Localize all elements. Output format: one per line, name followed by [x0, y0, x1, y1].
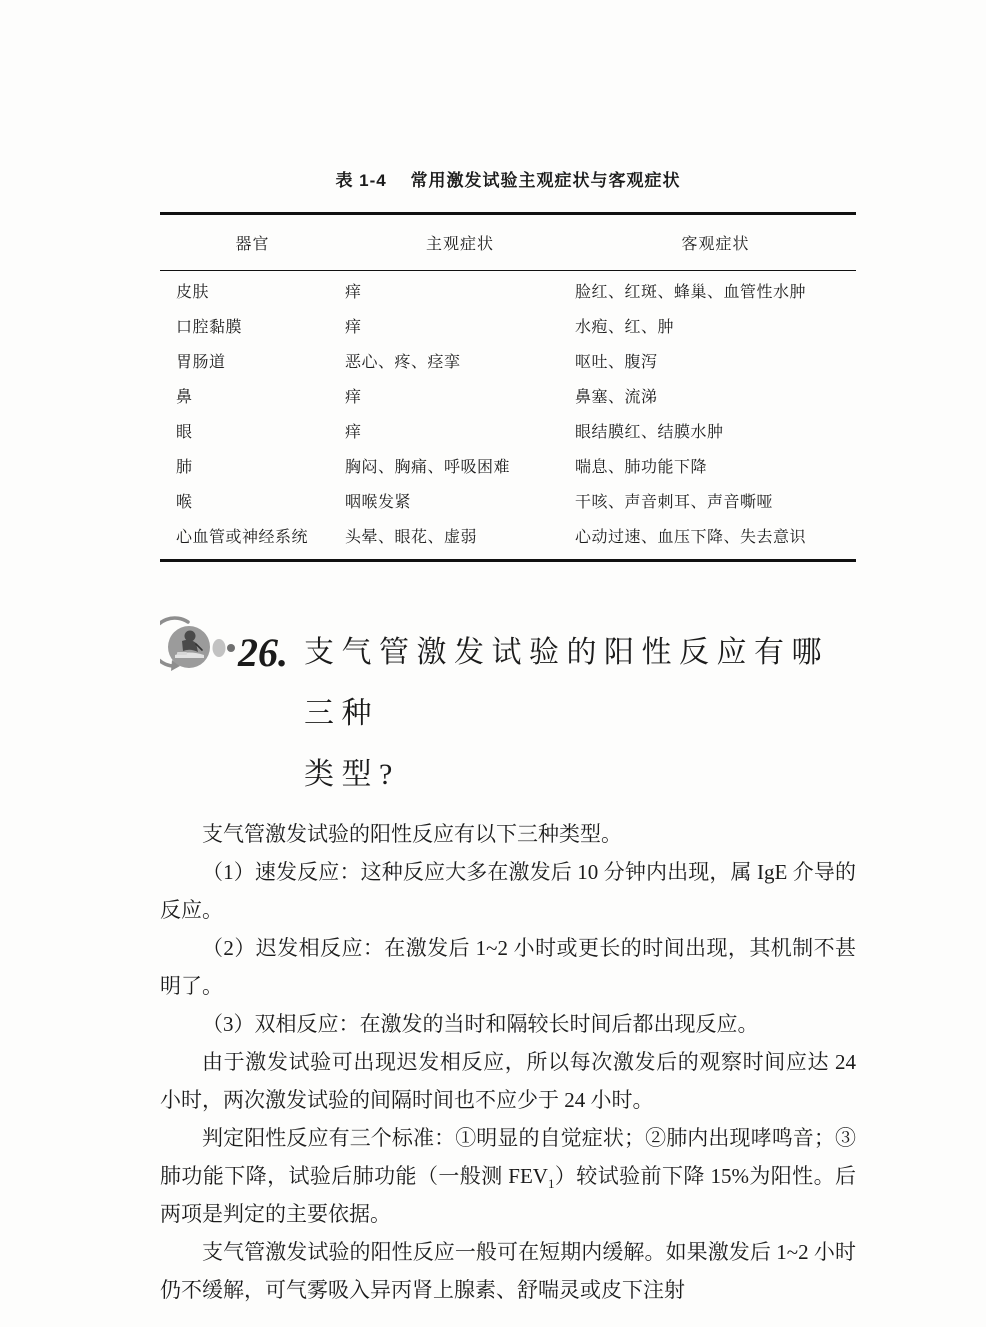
cell-organ: 胃肠道 — [160, 349, 345, 372]
cell-subjective: 痒 — [345, 279, 575, 302]
table-row: 眼 痒 眼结膜红、结膜水肿 — [160, 413, 856, 448]
table-row: 鼻 痒 鼻塞、流涕 — [160, 378, 856, 413]
table-number-label: 表 1-4 — [335, 171, 386, 190]
cell-organ: 肺 — [160, 454, 345, 477]
table-row: 胃肠道 恶心、疼、痉挛 呕吐、腹泻 — [160, 343, 856, 378]
cell-objective: 鼻塞、流涕 — [575, 384, 856, 407]
question-line-1: 支气管激发试验的阳性反应有哪三种 — [304, 622, 856, 744]
paragraph: 支气管激发试验的阳性反应有以下三种类型。 — [160, 815, 856, 853]
cell-subjective: 恶心、疼、痉挛 — [345, 349, 575, 372]
paragraph-with-subscript: 判定阳性反应有三个标准：①明显的自觉症状；②肺内出现哮鸣音；③肺功能下降，试验后… — [160, 1119, 856, 1233]
answer-body: 支气管激发试验的阳性反应有以下三种类型。 （1）速发反应：这种反应大多在激发后 … — [160, 815, 856, 1309]
cell-subjective: 痒 — [345, 384, 575, 407]
cell-subjective: 痒 — [345, 314, 575, 337]
question-icon-wrap — [160, 614, 238, 694]
cell-objective: 呕吐、腹泻 — [575, 349, 856, 372]
page-content: 表 1-4常用激发试验主观症状与客观症状 器官 主观症状 客观症状 皮肤 痒 脸… — [160, 170, 856, 1309]
cell-objective: 脸红、红斑、蜂巢、血管性水肿 — [575, 279, 856, 302]
column-header-organ: 器官 — [160, 231, 345, 254]
cell-subjective: 胸闷、胸痛、呼吸困难 — [345, 454, 575, 477]
column-header-subjective: 主观症状 — [345, 231, 575, 254]
table-title: 表 1-4常用激发试验主观症状与客观症状 — [160, 170, 856, 192]
cell-subjective: 痒 — [345, 419, 575, 442]
cell-organ: 口腔黏膜 — [160, 314, 345, 337]
cell-subjective: 头晕、眼花、虚弱 — [345, 524, 575, 547]
question-line-2: 类型? — [304, 744, 856, 805]
table-row: 心血管或神经系统 头晕、眼花、虚弱 心动过速、血压下降、失去意识 — [160, 518, 856, 553]
book-page: 表 1-4常用激发试验主观症状与客观症状 器官 主观症状 客观症状 皮肤 痒 脸… — [0, 0, 986, 1327]
paragraph: 由于激发试验可出现迟发相反应，所以每次激发后的观察时间应达 24 小时，两次激发… — [160, 1043, 856, 1119]
table-title-text: 常用激发试验主观症状与客观症状 — [411, 171, 681, 190]
cell-objective: 水疱、红、肿 — [575, 314, 856, 337]
cell-objective: 喘息、肺功能下降 — [575, 454, 856, 477]
cell-organ: 皮肤 — [160, 279, 345, 302]
paragraph: （2）迟发相反应：在激发后 1~2 小时或更长的时间出现，其机制不甚明了。 — [160, 929, 856, 1005]
cell-objective: 心动过速、血压下降、失去意识 — [575, 524, 856, 547]
symptoms-table: 器官 主观症状 客观症状 皮肤 痒 脸红、红斑、蜂巢、血管性水肿 口腔黏膜 痒 … — [160, 212, 856, 562]
cell-organ: 心血管或神经系统 — [160, 524, 345, 547]
question-heading: 26. 支气管激发试验的阳性反应有哪三种 类型? — [160, 624, 856, 805]
table-row: 喉 咽喉发紧 干咳、声音刺耳、声音嘶哑 — [160, 483, 856, 518]
question-number: 26. — [238, 624, 288, 682]
cell-objective: 眼结膜红、结膜水肿 — [575, 419, 856, 442]
cell-organ: 眼 — [160, 419, 345, 442]
table-row: 皮肤 痒 脸红、红斑、蜂巢、血管性水肿 — [160, 273, 856, 308]
table-row: 口腔黏膜 痒 水疱、红、肿 — [160, 308, 856, 343]
cell-organ: 鼻 — [160, 384, 345, 407]
table-row: 肺 胸闷、胸痛、呼吸困难 喘息、肺功能下降 — [160, 448, 856, 483]
cell-organ: 喉 — [160, 489, 345, 512]
paragraph: （3）双相反应：在激发的当时和隔较长时间后都出现反应。 — [160, 1005, 856, 1043]
table-header-row: 器官 主观症状 客观症状 — [160, 215, 856, 271]
doctor-writing-icon — [160, 614, 238, 694]
table-body: 皮肤 痒 脸红、红斑、蜂巢、血管性水肿 口腔黏膜 痒 水疱、红、肿 胃肠道 恶心… — [160, 271, 856, 559]
cell-subjective: 咽喉发紧 — [345, 489, 575, 512]
cell-objective: 干咳、声音刺耳、声音嘶哑 — [575, 489, 856, 512]
paragraph: （1）速发反应：这种反应大多在激发后 10 分钟内出现，属 IgE 介导的反应。 — [160, 853, 856, 929]
question-text: 支气管激发试验的阳性反应有哪三种 类型? — [304, 622, 856, 805]
column-header-objective: 客观症状 — [575, 231, 856, 254]
paragraph: 支气管激发试验的阳性反应一般可在短期内缓解。如果激发后 1~2 小时仍不缓解，可… — [160, 1233, 856, 1309]
